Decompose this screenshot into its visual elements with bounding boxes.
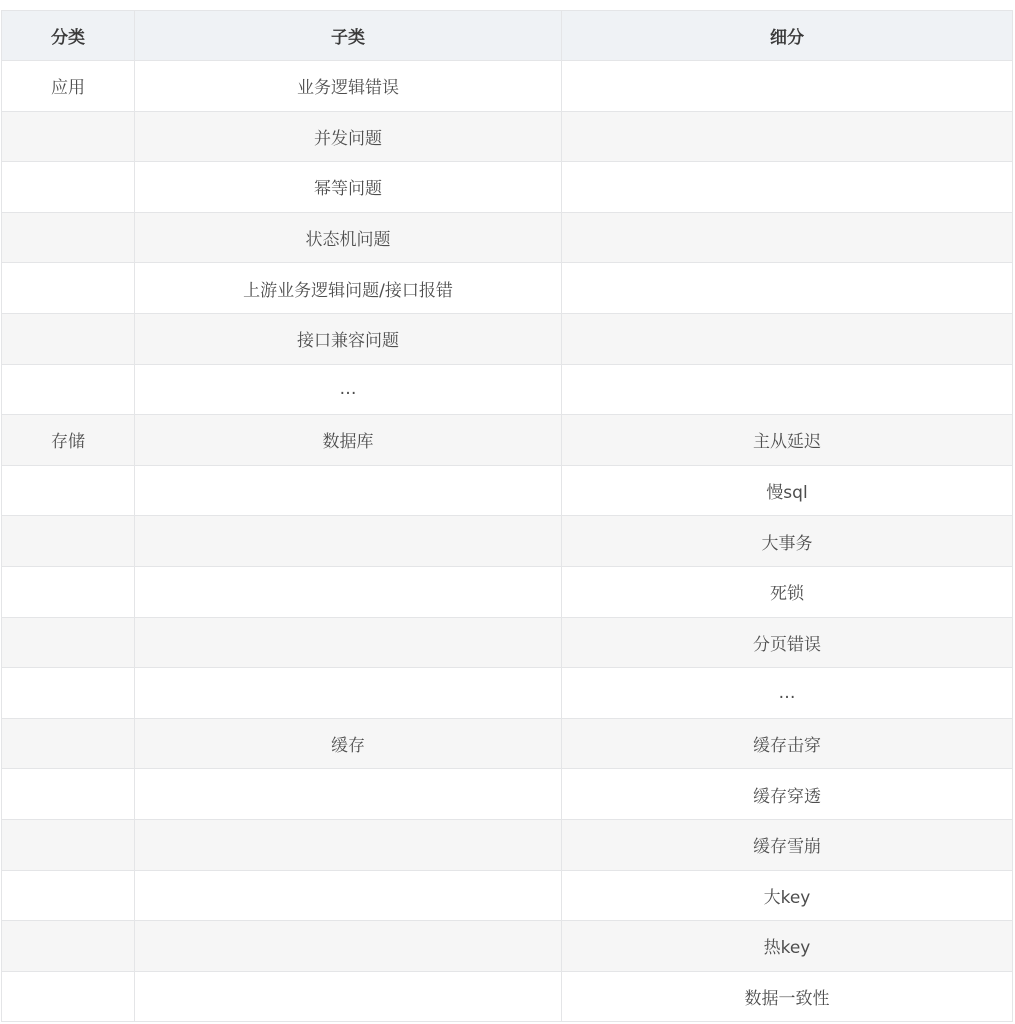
detail-cell: 死锁	[562, 566, 1013, 617]
detail-cell: 数据一致性	[562, 971, 1013, 1022]
category-cell	[2, 718, 135, 769]
subcategory-cell	[135, 566, 562, 617]
detail-cell: …	[562, 668, 1013, 719]
table-row: 状态机问题	[2, 212, 1013, 263]
detail-cell: 主从延迟	[562, 415, 1013, 466]
detail-cell	[562, 61, 1013, 112]
table-row: …	[2, 668, 1013, 719]
table-row: …	[2, 364, 1013, 415]
table-row: 分页错误	[2, 617, 1013, 668]
table-row: 应用业务逻辑错误	[2, 61, 1013, 112]
subcategory-cell: 缓存	[135, 718, 562, 769]
subcategory-cell: 上游业务逻辑问题/接口报错	[135, 263, 562, 314]
subcategory-cell	[135, 516, 562, 567]
category-cell	[2, 769, 135, 820]
category-cell	[2, 111, 135, 162]
category-cell	[2, 212, 135, 263]
table-row: 缓存穿透	[2, 769, 1013, 820]
detail-cell	[562, 111, 1013, 162]
table-row: 并发问题	[2, 111, 1013, 162]
detail-cell	[562, 263, 1013, 314]
category-cell	[2, 364, 135, 415]
detail-cell: 缓存击穿	[562, 718, 1013, 769]
category-cell	[2, 162, 135, 213]
table-row: 幂等问题	[2, 162, 1013, 213]
subcategory-cell	[135, 870, 562, 921]
subcategory-cell: …	[135, 364, 562, 415]
table-row: 接口兼容问题	[2, 313, 1013, 364]
detail-cell: 大事务	[562, 516, 1013, 567]
category-cell	[2, 819, 135, 870]
table-row: 死锁	[2, 566, 1013, 617]
table-row: 数据一致性	[2, 971, 1013, 1022]
detail-cell	[562, 313, 1013, 364]
table-row: 存储数据库主从延迟	[2, 415, 1013, 466]
subcategory-cell: 并发问题	[135, 111, 562, 162]
header-detail: 细分	[562, 11, 1013, 61]
table-row: 大key	[2, 870, 1013, 921]
header-row: 分类 子类 细分	[2, 11, 1013, 61]
category-cell	[2, 263, 135, 314]
subcategory-cell	[135, 819, 562, 870]
table-row: 缓存雪崩	[2, 819, 1013, 870]
category-cell	[2, 617, 135, 668]
subcategory-cell: 接口兼容问题	[135, 313, 562, 364]
table-row: 热key	[2, 921, 1013, 972]
detail-cell: 慢sql	[562, 465, 1013, 516]
subcategory-cell	[135, 617, 562, 668]
table-row: 缓存缓存击穿	[2, 718, 1013, 769]
subcategory-cell: 数据库	[135, 415, 562, 466]
category-cell	[2, 516, 135, 567]
detail-cell: 热key	[562, 921, 1013, 972]
category-cell	[2, 921, 135, 972]
subcategory-cell	[135, 971, 562, 1022]
category-cell	[2, 870, 135, 921]
classification-table: 分类 子类 细分 应用业务逻辑错误并发问题幂等问题状态机问题上游业务逻辑问题/接…	[1, 10, 1013, 1022]
category-cell	[2, 971, 135, 1022]
detail-cell: 分页错误	[562, 617, 1013, 668]
detail-cell	[562, 212, 1013, 263]
category-cell: 应用	[2, 61, 135, 112]
subcategory-cell: 状态机问题	[135, 212, 562, 263]
category-cell	[2, 668, 135, 719]
detail-cell	[562, 162, 1013, 213]
detail-cell: 大key	[562, 870, 1013, 921]
subcategory-cell	[135, 668, 562, 719]
subcategory-cell	[135, 921, 562, 972]
category-cell	[2, 313, 135, 364]
subcategory-cell: 业务逻辑错误	[135, 61, 562, 112]
subcategory-cell	[135, 769, 562, 820]
header-subcategory: 子类	[135, 11, 562, 61]
detail-cell: 缓存雪崩	[562, 819, 1013, 870]
table-row: 慢sql	[2, 465, 1013, 516]
detail-cell: 缓存穿透	[562, 769, 1013, 820]
header-category: 分类	[2, 11, 135, 61]
category-cell	[2, 465, 135, 516]
subcategory-cell	[135, 465, 562, 516]
category-cell	[2, 566, 135, 617]
subcategory-cell: 幂等问题	[135, 162, 562, 213]
table-row: 大事务	[2, 516, 1013, 567]
table-row: 上游业务逻辑问题/接口报错	[2, 263, 1013, 314]
category-cell: 存储	[2, 415, 135, 466]
detail-cell	[562, 364, 1013, 415]
